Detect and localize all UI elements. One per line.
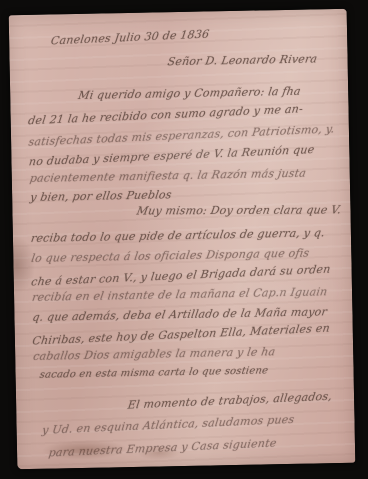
handwritten-line: Muy mismo: Doy orden clara que V. — [136, 203, 343, 218]
letter-paper: Canelones Julio 30 de 1836 Señor D. Leon… — [9, 9, 356, 469]
handwritten-line: recibía en el instante de la mañana el C… — [31, 285, 328, 305]
handwritten-line: lo que respecta á los oficiales Disponga… — [30, 247, 310, 266]
handwritten-line: del 21 la he recibido con sumo agrado y … — [27, 102, 304, 128]
handwritten-line: y Ud. en esquina Atlántica, saludamos pu… — [41, 413, 295, 438]
handwritten-line: pacientemente manifiesta q. la Razón más… — [29, 167, 307, 186]
handwritten-line: reciba todo lo que pide de artículos de … — [30, 226, 326, 246]
handwritten-line: no dudaba y siempre esperé de V. la Reun… — [28, 143, 315, 169]
closing-line: para nuestra Empresa y Casa siguiente — [48, 436, 278, 460]
addressee-line: Señor D. Leonardo Rivera — [167, 52, 319, 69]
handwritten-line: Chiribas, este hoy de Gaspelton Ella, Ma… — [31, 322, 330, 349]
letter-photograph: Canelones Julio 30 de 1836 Señor D. Leon… — [0, 0, 368, 479]
handwritten-line: satisfechas todas mis esperanzas, con Pa… — [28, 122, 336, 149]
handwritten-line: sacado en esta misma carta lo que sostie… — [38, 364, 269, 382]
handwritten-line: che á estar con V., y luego el Brigada d… — [30, 262, 331, 289]
handwritten-line: caballos Dios amigables la manera y le h… — [32, 345, 276, 364]
dateline: Canelones Julio 30 de 1836 — [50, 27, 210, 48]
handwritten-line: Mi querido amigo y Compañero: la fha — [77, 85, 302, 103]
handwritten-line: y bien, por ellos Pueblos — [29, 188, 173, 205]
handwritten-line: El momento de trabajos, allegados, — [127, 390, 333, 413]
handwritten-line: q. que además, deba el Artillado de la M… — [31, 305, 328, 325]
